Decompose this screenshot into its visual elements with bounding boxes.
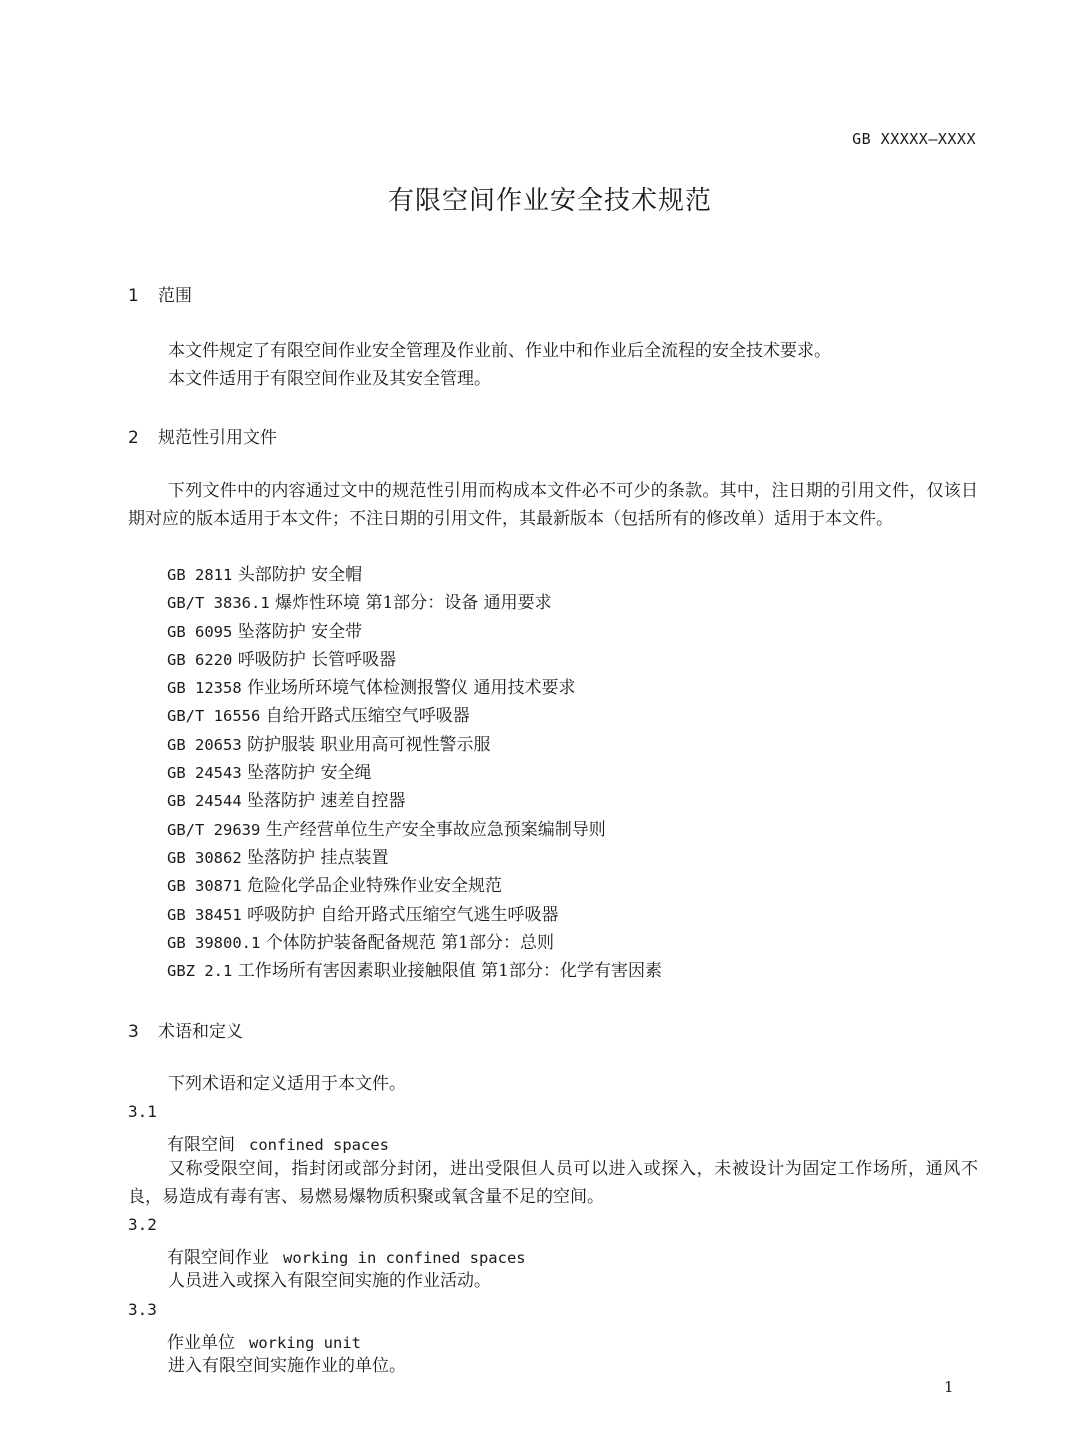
section-number: 1 <box>128 286 158 306</box>
reference-title: 生产经营单位生产安全事故应急预案编制导则 <box>266 820 606 840</box>
reference-item: GBZ 2.1 工作场所有害因素职业接触限值 第1部分：化学有害因素 <box>167 957 662 985</box>
reference-item: GB/T 3836.1 爆炸性环境 第1部分：设备 通用要求 <box>167 589 662 617</box>
section-title: 术语和定义 <box>158 1022 243 1042</box>
reference-code: GBZ 2.1 <box>167 962 232 980</box>
document-code: GB XXXXX—XXXX <box>852 130 976 148</box>
reference-code: GB 30862 <box>167 849 242 867</box>
references-intro: 下列文件中的内容通过文中的规范性引用而构成本文件必不可少的条款。其中，注日期的引… <box>128 477 978 533</box>
term-name-zh: 作业单位 <box>167 1333 235 1353</box>
reference-item: GB 24544 坠落防护 速差自控器 <box>167 787 662 815</box>
term-definition: 进入有限空间实施作业的单位。 <box>128 1352 978 1380</box>
reference-code: GB/T 29639 <box>167 821 260 839</box>
reference-title: 呼吸防护 自给开路式压缩空气逃生呼吸器 <box>247 905 558 925</box>
reference-code: GB 39800.1 <box>167 934 260 952</box>
reference-item: GB 39800.1 个体防护装备配备规范 第1部分：总则 <box>167 929 662 957</box>
section-heading-references: 2规范性引用文件 <box>128 423 277 448</box>
reference-item: GB 30862 坠落防护 挂点装置 <box>167 844 662 872</box>
reference-code: GB 6095 <box>167 623 232 641</box>
term-name-en: working in confined spaces <box>283 1249 526 1267</box>
reference-code: GB/T 16556 <box>167 707 260 725</box>
terms-intro: 下列术语和定义适用于本文件。 <box>128 1070 978 1098</box>
reference-title: 坠落防护 安全带 <box>238 622 362 642</box>
reference-code: GB 24543 <box>167 764 242 782</box>
term-number: 3.2 <box>128 1215 157 1234</box>
page-number: 1 <box>944 1378 954 1396</box>
reference-title: 危险化学品企业特殊作业安全规范 <box>247 876 502 896</box>
term-name-zh: 有限空间作业 <box>167 1248 269 1268</box>
reference-title: 坠落防护 挂点装置 <box>247 848 388 868</box>
section-number: 3 <box>128 1022 158 1042</box>
reference-item: GB 20653 防护服装 职业用高可视性警示服 <box>167 731 662 759</box>
reference-title: 坠落防护 安全绳 <box>247 763 371 783</box>
reference-item: GB 24543 坠落防护 安全绳 <box>167 759 662 787</box>
term-definition: 人员进入或探入有限空间实施的作业活动。 <box>128 1267 978 1295</box>
reference-code: GB 38451 <box>167 906 242 924</box>
reference-item: GB 6220 呼吸防护 长管呼吸器 <box>167 646 662 674</box>
section-title: 规范性引用文件 <box>158 428 277 448</box>
reference-title: 呼吸防护 长管呼吸器 <box>238 650 396 670</box>
scope-paragraph: 本文件适用于有限空间作业及其安全管理。 <box>128 365 978 393</box>
document-page: GB XXXXX—XXXX 有限空间作业安全技术规范 1范围 本文件规定了有限空… <box>0 0 1080 1451</box>
reference-item: GB 6095 坠落防护 安全带 <box>167 618 662 646</box>
reference-title: 个体防护装备配备规范 第1部分：总则 <box>266 933 554 953</box>
section-heading-scope: 1范围 <box>128 281 192 306</box>
reference-item: GB/T 29639 生产经营单位生产安全事故应急预案编制导则 <box>167 816 662 844</box>
reference-code: GB/T 3836.1 <box>167 594 270 612</box>
reference-code: GB 20653 <box>167 736 242 754</box>
reference-item: GB 38451 呼吸防护 自给开路式压缩空气逃生呼吸器 <box>167 901 662 929</box>
term-name-zh: 有限空间 <box>167 1135 235 1155</box>
term-name-en: working unit <box>249 1334 361 1352</box>
reference-title: 自给开路式压缩空气呼吸器 <box>266 706 470 726</box>
reference-title: 爆炸性环境 第1部分：设备 通用要求 <box>275 593 552 613</box>
reference-code: GB 6220 <box>167 651 232 669</box>
reference-list: GB 2811 头部防护 安全帽 GB/T 3836.1 爆炸性环境 第1部分：… <box>167 561 662 985</box>
term-name: 有限空间作业working in confined spaces <box>167 1243 526 1268</box>
reference-item: GB 30871 危险化学品企业特殊作业安全规范 <box>167 872 662 900</box>
term-name: 有限空间confined spaces <box>167 1130 389 1155</box>
section-heading-terms: 3术语和定义 <box>128 1017 243 1042</box>
reference-title: 防护服装 职业用高可视性警示服 <box>247 735 490 755</box>
reference-code: GB 12358 <box>167 679 242 697</box>
term-number: 3.1 <box>128 1102 157 1121</box>
document-title: 有限空间作业安全技术规范 <box>0 180 1080 217</box>
reference-item: GB/T 16556 自给开路式压缩空气呼吸器 <box>167 702 662 730</box>
term-name: 作业单位working unit <box>167 1328 361 1353</box>
reference-title: 坠落防护 速差自控器 <box>247 791 405 811</box>
reference-code: GB 30871 <box>167 877 242 895</box>
term-number: 3.3 <box>128 1300 157 1319</box>
reference-item: GB 12358 作业场所环境气体检测报警仪 通用技术要求 <box>167 674 662 702</box>
scope-paragraph: 本文件规定了有限空间作业安全管理及作业前、作业中和作业后全流程的安全技术要求。 <box>128 337 978 365</box>
section-title: 范围 <box>158 286 192 306</box>
section-number: 2 <box>128 428 158 448</box>
reference-title: 头部防护 安全帽 <box>238 565 362 585</box>
reference-code: GB 2811 <box>167 566 232 584</box>
reference-item: GB 2811 头部防护 安全帽 <box>167 561 662 589</box>
term-name-en: confined spaces <box>249 1136 389 1154</box>
reference-code: GB 24544 <box>167 792 242 810</box>
term-definition: 又称受限空间，指封闭或部分封闭，进出受限但人员可以进入或探入，未被设计为固定工作… <box>128 1155 978 1211</box>
reference-title: 作业场所环境气体检测报警仪 通用技术要求 <box>247 678 575 698</box>
reference-title: 工作场所有害因素职业接触限值 第1部分：化学有害因素 <box>238 961 662 981</box>
